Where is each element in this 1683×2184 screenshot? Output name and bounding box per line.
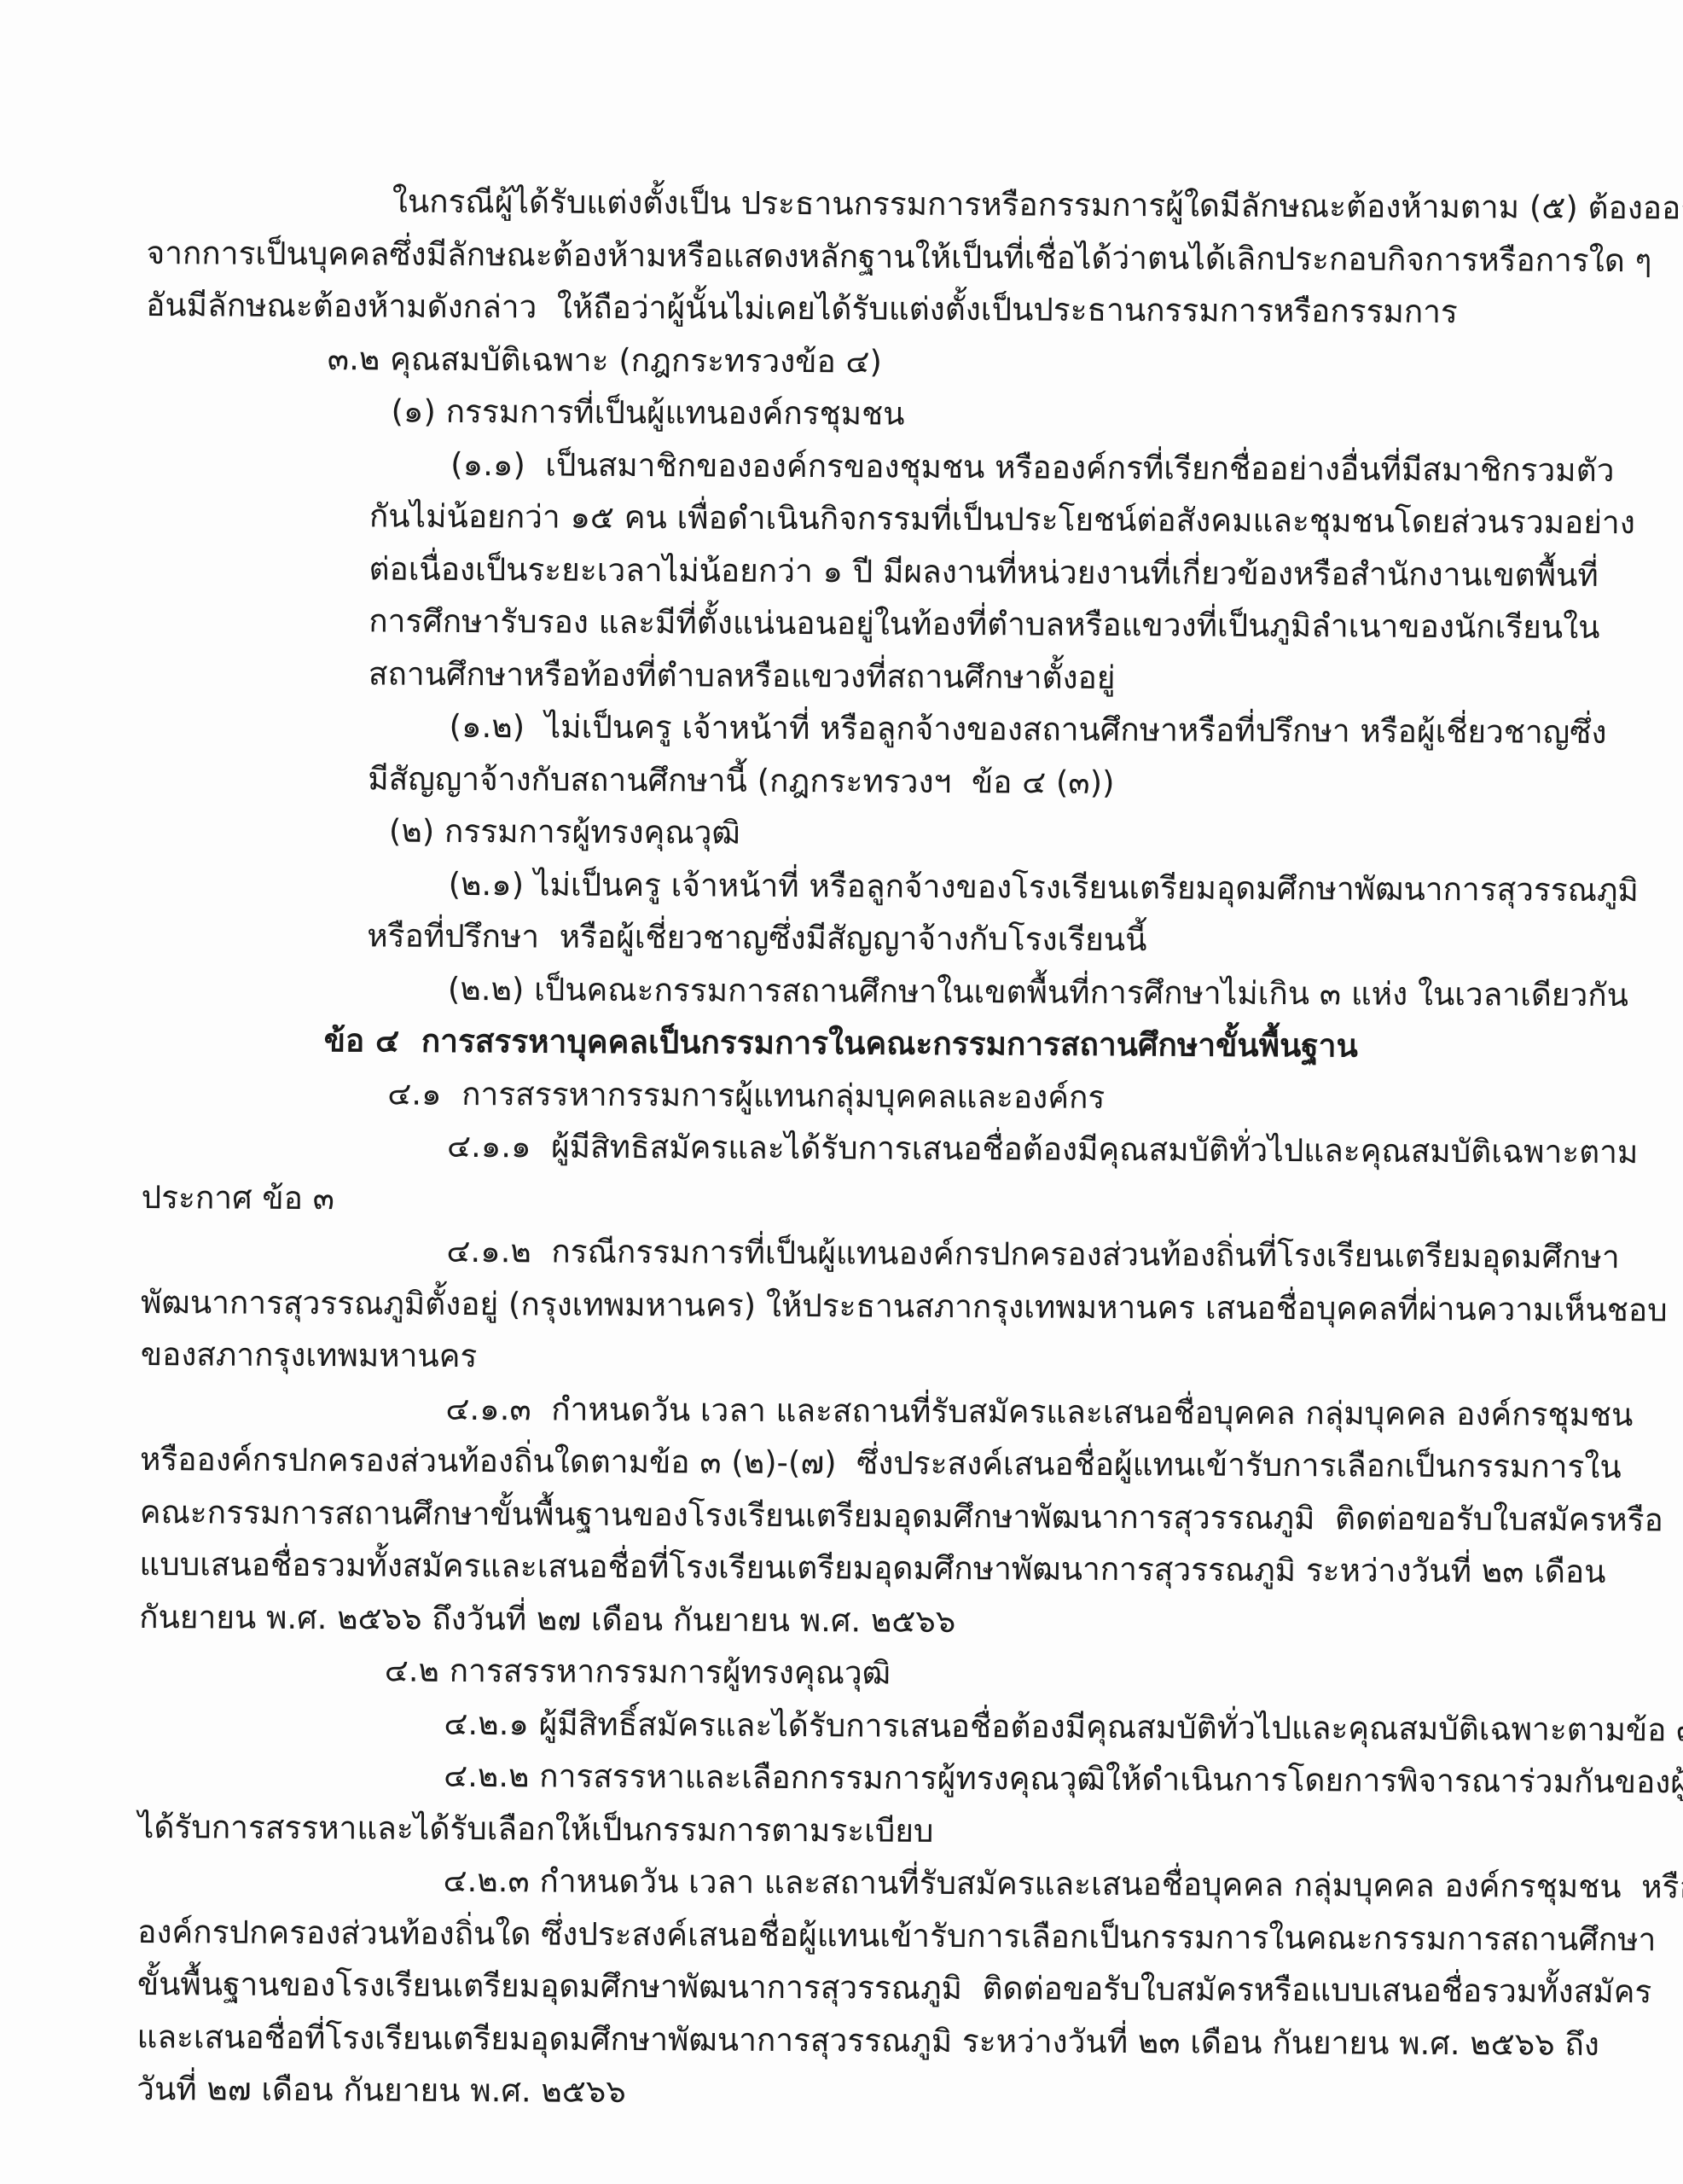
text-line: (๑) กรรมการที่เป็นผู้แทนองค์กรชุมชน: [145, 384, 1568, 444]
text-line: จากการเป็นบุคคลซึ่งมีลักษณะต้องห้ามหรือแ…: [146, 226, 1569, 286]
text-line: องค์กรปกครองส่วนท้องถิ่นใด ซึ่งประสงค์เส…: [137, 1905, 1560, 1965]
text-line: ต่อเนื่องเป็นระยะเวลาไม่น้อยกว่า ๑ ปี มี…: [144, 541, 1567, 601]
text-line: หรือที่ปรึกษา หรือผู้เชี่ยวชาญซึ่งมีสัญญ…: [142, 909, 1565, 968]
text-line: วันที่ ๒๗ เดือน กันยายน พ.ศ. ๒๕๖๖: [136, 2063, 1559, 2123]
text-line: พัฒนาการสุวรรณภูมิตั้งอยู่ (กรุงเทพมหานค…: [141, 1275, 1564, 1335]
text-line: ในกรณีผู้ได้รับแต่งตั้งเป็น ประธานกรรมกา…: [147, 174, 1570, 234]
text-line: (๒) กรรมการผู้ทรงคุณวุฒิ: [143, 804, 1566, 863]
text-line: แบบเสนอชื่อรวมทั้งสมัครและเสนอชื่อที่โรง…: [139, 1538, 1562, 1598]
text-line: ของสภากรุงเทพมหานคร: [141, 1328, 1564, 1388]
text-line: ๔.๒ การสรรหากรรมการผู้ทรงคุณวุฒิ: [139, 1643, 1562, 1703]
text-line: สถานศึกษาหรือท้องที่ตำบลหรือแขวงที่สถานศ…: [144, 646, 1567, 706]
text-line: ๔.๑.๓ กำหนดวัน เวลา และสถานที่รับสมัครแล…: [140, 1380, 1563, 1440]
text-line: มีสัญญาจ้างกับสถานศึกษานี้ (กฎกระทรวงฯ ข…: [143, 751, 1566, 810]
text-line: ขั้นพื้นฐานของโรงเรียนเตรียมอุดมศึกษาพัฒ…: [137, 1958, 1560, 2018]
text-line: ๔.๒.๓ กำหนดวัน เวลา และสถานที่รับสมัครแล…: [137, 1853, 1560, 1913]
text-line: ข้อ ๔ การสรรหาบุคคลเป็นกรรมการในคณะกรรมก…: [142, 1014, 1565, 1073]
document-page: ในกรณีผู้ได้รับแต่งตั้งเป็น ประธานกรรมกา…: [0, 0, 1683, 2184]
text-line: คณะกรรมการสถานศึกษาขั้นพื้นฐานของโรงเรีย…: [140, 1485, 1563, 1545]
text-line: อันมีลักษณะต้องห้ามดังกล่าว ให้ถือว่าผู้…: [146, 279, 1569, 339]
text-line: และเสนอชื่อที่โรงเรียนเตรียมอุดมศึกษาพัฒ…: [136, 2010, 1559, 2070]
text-line: ได้รับการสรรหาและได้รับเลือกให้เป็นกรรมก…: [138, 1800, 1561, 1860]
text-line: กันไม่น้อยกว่า ๑๕ คน เพื่อดำเนินกิจกรรมท…: [145, 489, 1568, 549]
text-line: (๒.๒) เป็นคณะกรรมการสถานศึกษาในเขตพื้นที…: [142, 961, 1565, 1020]
text-line: ๔.๑.๒ กรณีกรรมการที่เป็นผู้แทนองค์กรปกคร…: [141, 1223, 1564, 1283]
text-line: ประกาศ ข้อ ๓: [142, 1170, 1564, 1230]
text-line: (๑.๑) เป็นสมาชิกขององค์กรของชุมชน หรืออง…: [145, 436, 1568, 496]
text-line: ๓.๒ คุณสมบัติเฉพาะ (กฎกระทรวงข้อ ๔): [146, 331, 1569, 391]
text-line: หรือองค์กรปกครองส่วนท้องถิ่นใดตามข้อ ๓ (…: [140, 1433, 1563, 1493]
text-line: ๔.๒.๒ การสรรหาและเลือกกรรมการผู้ทรงคุณวุ…: [138, 1748, 1561, 1808]
text-line: (๑.๒) ไม่เป็นครู เจ้าหน้าที่ หรือลูกจ้าง…: [143, 699, 1566, 758]
text-line: กันยายน พ.ศ. ๒๕๖๖ ถึงวันที่ ๒๗ เดือน กัน…: [139, 1590, 1562, 1650]
text-line: (๒.๑) ไม่เป็นครู เจ้าหน้าที่ หรือลูกจ้าง…: [142, 856, 1565, 915]
text-line: ๔.๒.๑ ผู้มีสิทธิ์สมัครและได้รับการเสนอชื…: [138, 1695, 1561, 1755]
text-line: ๔.๑ การสรรหากรรมการผู้แทนกลุ่มบุคคลและอง…: [142, 1066, 1564, 1125]
text-line: การศึกษารับรอง และมีที่ตั้งแน่นอนอยู่ในท…: [144, 594, 1567, 653]
document-body: ในกรณีผู้ได้รับแต่งตั้งเป็น ประธานกรรมกา…: [136, 174, 1570, 2123]
text-line: ๔.๑.๑ ผู้มีสิทธิสมัครและได้รับการเสนอชื่…: [142, 1118, 1564, 1178]
